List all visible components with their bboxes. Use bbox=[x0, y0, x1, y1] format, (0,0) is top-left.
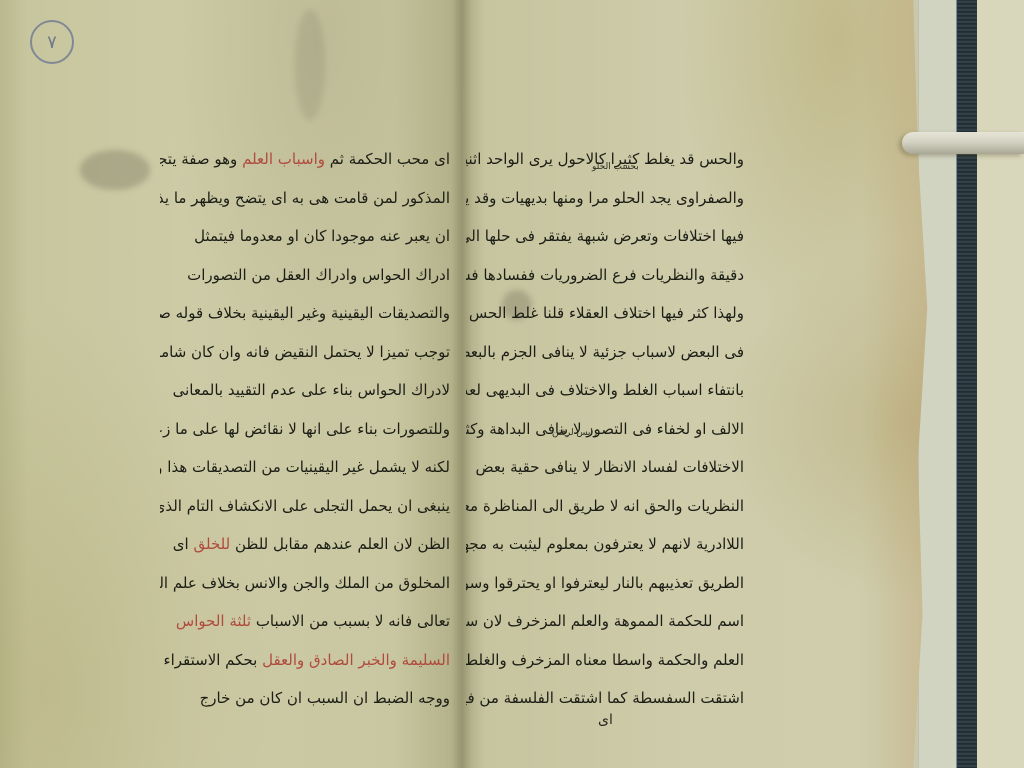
text-line: بانتفاء اسباب الغلط والاختلاف فى البديهى… bbox=[466, 371, 744, 410]
text-line: المذكور لمن قامت هى به اى يتضح ويظهر ما … bbox=[160, 179, 450, 218]
text-line: النظريات والحق انه لا طريق الى المناظرة … bbox=[466, 487, 744, 526]
text-line: والحس قد يغلط كثيرا كالاحول يرى الواحد ا… bbox=[466, 140, 744, 179]
text-line: السليمة والخبر الصادق والعقل بحكم الاستق… bbox=[160, 641, 450, 680]
text-line: لادراك الحواس بناء على عدم التقييد بالمع… bbox=[160, 371, 450, 410]
backboard bbox=[976, 0, 1024, 768]
text-line: الطريق تعذيبهم بالنار ليعترفوا او يحترقو… bbox=[466, 564, 744, 603]
text-line: والصفراوى يجد الحلو مرا ومنها بديهيات وق… bbox=[466, 179, 744, 218]
text-line: دقيقة والنظريات فرع الضروريات ففسادها فس… bbox=[466, 256, 744, 295]
interlinear-note: بحسب الحلو bbox=[592, 162, 639, 172]
catchword: اى bbox=[598, 712, 613, 728]
ink-smudge bbox=[295, 10, 325, 120]
text-line: ينبغى ان يحمل التجلى على الانكشاف التام … bbox=[160, 487, 450, 526]
text-line: الالف او لخفاء فى التصور لا ينافى البداه… bbox=[466, 410, 744, 449]
text-line: الظن لان العلم عندهم مقابل للظن للخلق اى bbox=[160, 525, 450, 564]
ink-smudge bbox=[80, 150, 150, 190]
text-line: اللاادرية لانهم لا يعترفون بمعلوم ليثبت … bbox=[466, 525, 744, 564]
reading-rod bbox=[902, 132, 1024, 154]
text-line: ولهذا كثر فيها اختلاف العقلاء قلنا غلط ا… bbox=[466, 294, 744, 333]
text-line: الاختلافات لفساد الانظار لا ينافى حقية ب… bbox=[466, 448, 744, 487]
text-line: المخلوق من الملك والجن والانس بخلاف علم … bbox=[160, 564, 450, 603]
folio-number: ٧ bbox=[30, 20, 74, 64]
right-page-text: والحس قد يغلط كثيرا كالاحول يرى الواحد ا… bbox=[466, 140, 744, 718]
text-line: ان يعبر عنه موجودا كان او معدوما فيتمثل bbox=[160, 217, 450, 256]
text-line: فى البعض لاسباب جزئية لا ينافى الجزم بال… bbox=[466, 333, 744, 372]
manuscript-photo: ٧ اى محب الحكمة ثم واسباب العلم وهو صفة … bbox=[0, 0, 1024, 768]
text-line: ووجه الضبط ان السبب ان كان من خارج bbox=[160, 679, 450, 718]
text-line: اسم للحكمة المموهة والعلم المزخرف لان سو… bbox=[466, 602, 744, 641]
left-page-text: اى محب الحكمة ثم واسباب العلم وهو صفة يت… bbox=[160, 140, 450, 718]
text-line: ادراك الحواس وادراك العقل من التصورات bbox=[160, 256, 450, 295]
text-line: وللتصورات بناء على انها لا نقائض لها على… bbox=[160, 410, 450, 449]
text-line: اى محب الحكمة ثم واسباب العلم وهو صفة يت… bbox=[160, 140, 450, 179]
text-line: العلم والحكمة واسطا معناه المزخرف والغلط… bbox=[466, 641, 744, 680]
text-line: والتصديقات اليقينية وغير اليقينية بخلاف … bbox=[160, 294, 450, 333]
text-line: تعالى فانه لا بسبب من الاسباب ثلثة الحوا… bbox=[160, 602, 450, 641]
text-line: توجب تميزا لا يحتمل النقيض فانه وان كان … bbox=[160, 333, 450, 372]
mount-strip bbox=[918, 0, 957, 768]
interlinear-note: رابس لرفتن bbox=[552, 428, 597, 438]
text-line: لكنه لا يشمل غير اليقينيات من التصديقات … bbox=[160, 448, 450, 487]
text-line: فيها اختلافات وتعرض شبهة يفتقر فى حلها ا… bbox=[466, 217, 744, 256]
binding-tape bbox=[956, 0, 977, 768]
